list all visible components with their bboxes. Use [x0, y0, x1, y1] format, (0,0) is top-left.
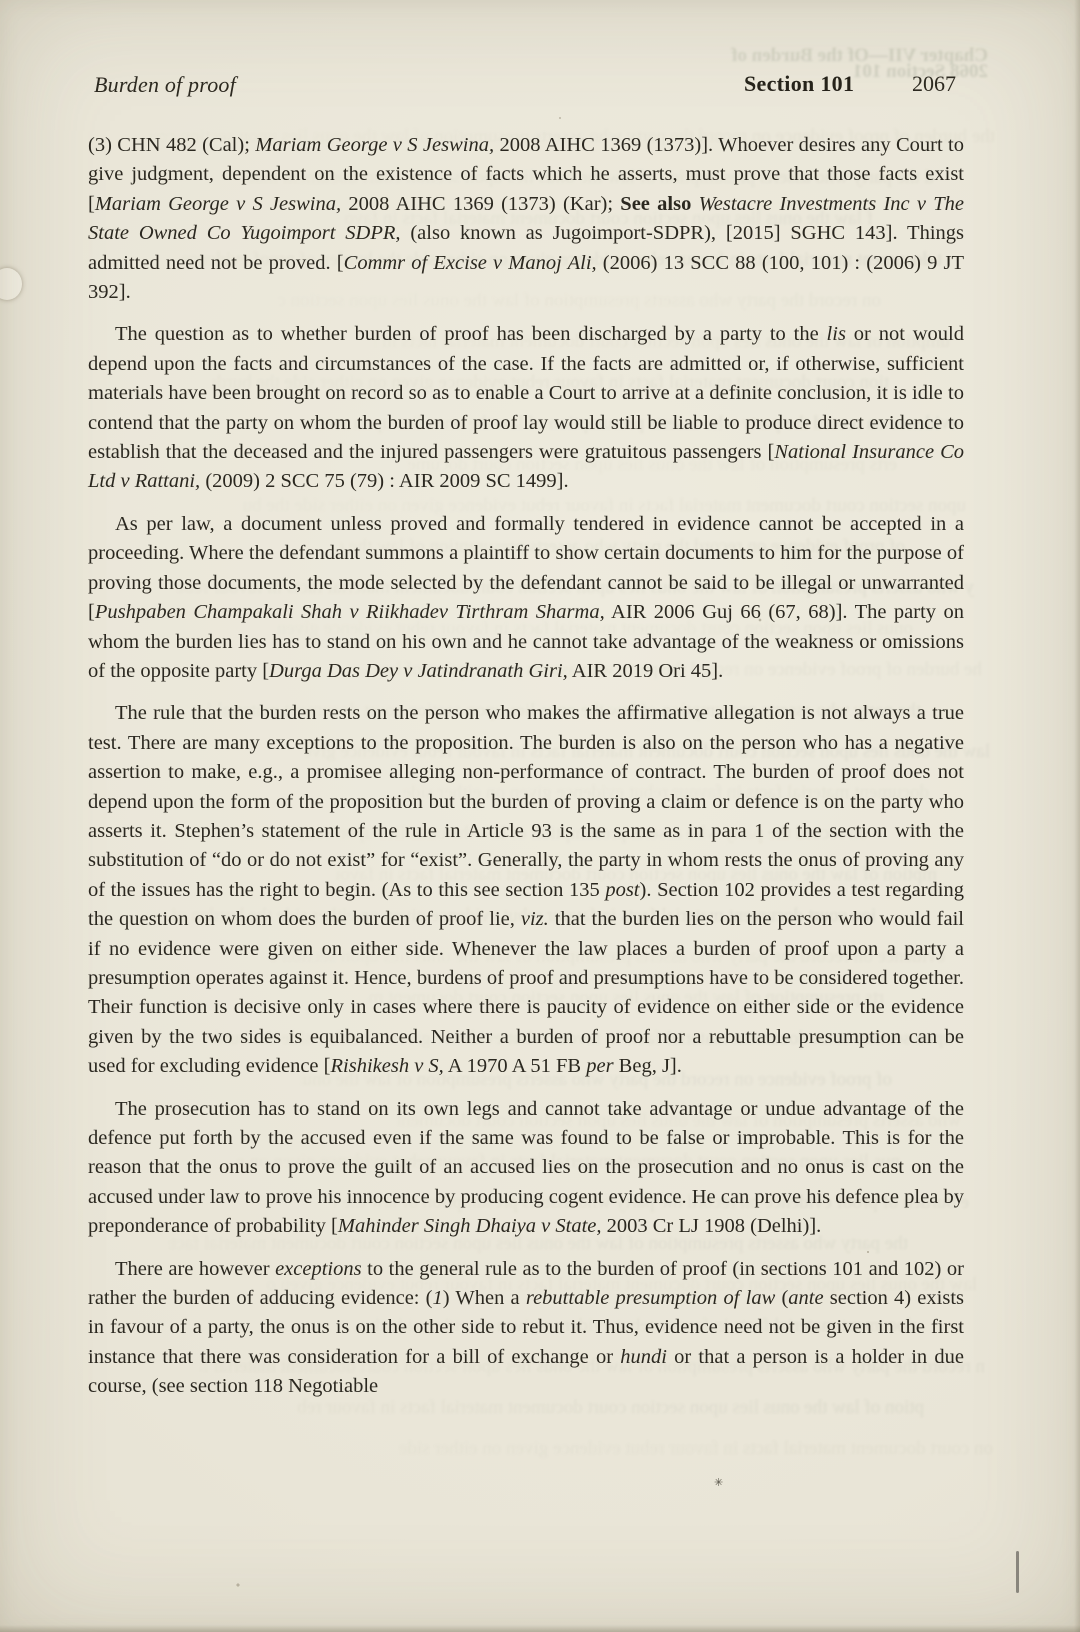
text-run: 2003 Cr LJ 1908 (Delhi)].	[602, 1215, 822, 1237]
text-run: A 1970 A 51 FB	[444, 1055, 586, 1077]
italic-run: Mariam George v S Jeswina,	[95, 193, 341, 215]
text-run: (2009) 2 SCC 75 (79) : AIR 2009 SC 1499]…	[200, 470, 568, 492]
paragraph: There are however exceptions to the gene…	[88, 1255, 964, 1402]
paragraph: The question as to whether burden of pro…	[88, 320, 964, 496]
paragraph: As per law, a document unless proved and…	[88, 510, 964, 686]
scan-right-edge	[1074, 0, 1080, 1632]
italic-run: Commr of Excise v Manoj Ali,	[344, 252, 597, 274]
italic-run: 1	[433, 1287, 443, 1309]
text-run: AIR 2019 Ori 45].	[568, 660, 723, 682]
text-run: The question as to whether burden of pro…	[115, 323, 827, 345]
bleedthrough-header-text: Chapter VII—Of the Burden of Proof	[726, 45, 988, 67]
running-title: Burden of proof	[94, 72, 236, 98]
text-run: There are however	[115, 1258, 275, 1280]
italic-run: viz.	[521, 908, 549, 930]
italic-run: lis	[827, 323, 846, 345]
italic-run: Rishikesh v S,	[331, 1055, 444, 1077]
text-run	[691, 193, 698, 215]
text-run: that the burden lies on the person who w…	[88, 908, 964, 1077]
page-body: (3) CHN 482 (Cal); Mariam George v S Jes…	[88, 131, 964, 1415]
text-run: The rule that the burden rests on the pe…	[88, 702, 964, 900]
italic-run: rebuttable presumption of law	[526, 1287, 775, 1309]
paragraph: The rule that the burden rests on the pe…	[88, 699, 964, 1081]
paragraph: The prosecution has to stand on its own …	[88, 1095, 964, 1242]
scan-bottom-edge	[0, 1625, 1080, 1632]
text-run: Beg, J].	[614, 1055, 682, 1077]
page-number: 2067	[912, 71, 956, 97]
book-page: Chapter VII—Of the Burden of Proof2068 S…	[0, 0, 1080, 1632]
italic-run: Pushpaben Champakali Shah v Riikhadev Ti…	[95, 601, 605, 623]
italic-run: per	[586, 1055, 613, 1077]
text-run: 2008 AIHC 1369 (1373) (Kar);	[341, 193, 620, 215]
italic-run: hundi	[620, 1346, 667, 1368]
section-label: Section 101	[744, 71, 854, 97]
bleedthrough-line: on court document material facts in favo…	[394, 1438, 993, 1460]
scan-blemish	[0, 268, 22, 300]
italic-run: ante	[788, 1287, 823, 1309]
text-run: (3) CHN 482 (Cal);	[88, 134, 255, 156]
paragraph: (3) CHN 482 (Cal); Mariam George v S Jes…	[88, 131, 964, 307]
italic-run: exceptions	[275, 1258, 362, 1280]
pen-mark	[1016, 1551, 1019, 1593]
text-run: (	[775, 1287, 788, 1309]
italic-run: post	[605, 879, 639, 901]
italic-run: Mariam George v S Jeswina,	[255, 134, 494, 156]
italic-run: Mahinder Singh Dhaiya v State,	[338, 1215, 602, 1237]
printers-mark: ✳	[714, 1476, 723, 1489]
bold-run: See also	[620, 193, 691, 215]
text-run: ) When a	[443, 1287, 526, 1309]
italic-run: Durga Das Dey v Jatindranath Giri,	[269, 660, 568, 682]
